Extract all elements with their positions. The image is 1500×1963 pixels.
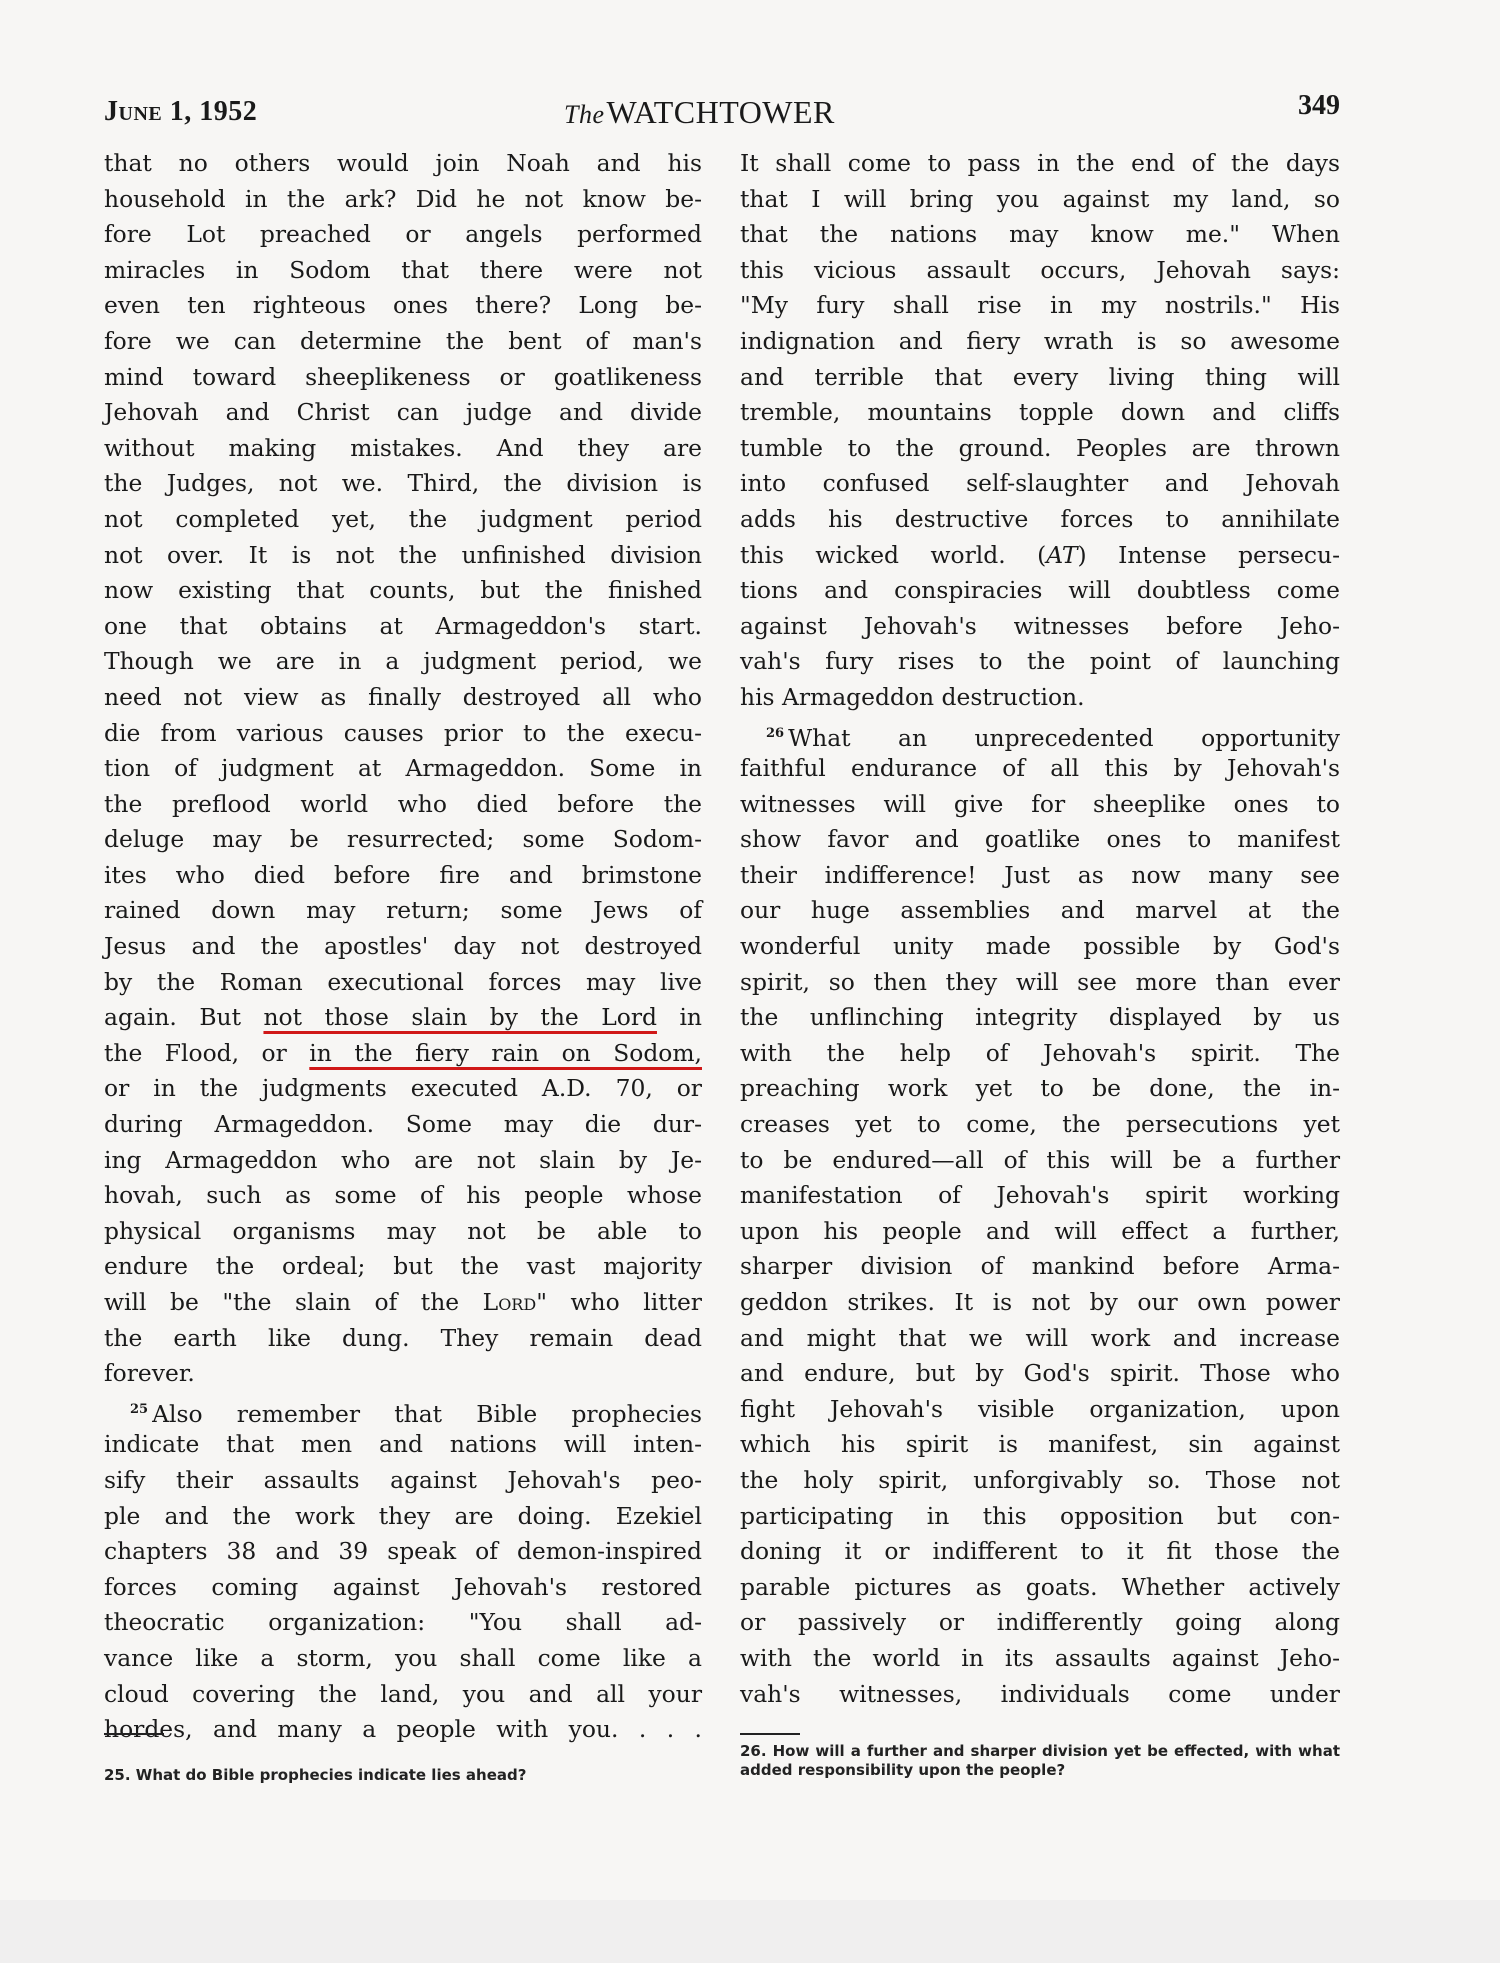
text-line: show favor and goatlike ones to manifest (740, 822, 1340, 858)
text-line: and might that we will work and increase (740, 1321, 1340, 1357)
text-line: his Armageddon destruction. (740, 680, 1340, 716)
text-line: which his spirit is manifest, sin agains… (740, 1427, 1340, 1463)
paragraph-25-start: 25Also remember that Bible prophecies (104, 1392, 702, 1428)
red-underline-highlight: in the fiery rain on Sodom, (309, 1039, 702, 1067)
text-line: tumble to the ground. Peoples are thrown (740, 431, 1340, 467)
text-line: the unflinching integrity displayed by u… (740, 1000, 1340, 1036)
text-line: Though we are in a judgment period, we (104, 644, 702, 680)
text-line: or passively or indifferently going alon… (740, 1605, 1340, 1641)
text-line: ing Armageddon who are not slain by Je- (104, 1143, 702, 1179)
text-line: forces coming against Jehovah's restored (104, 1570, 702, 1606)
text-line: theocratic organization: "You shall ad- (104, 1605, 702, 1641)
text-line: physical organisms may not be able to (104, 1214, 702, 1250)
text-line: manifestation of Jehovah's spirit workin… (740, 1178, 1340, 1214)
text-line: chapters 38 and 39 speak of demon-inspir… (104, 1534, 702, 1570)
footnote-26: 26. How will a further and sharper divis… (740, 1742, 1340, 1780)
text-line: parable pictures as goats. Whether activ… (740, 1570, 1340, 1606)
text-line: the Judges, not we. Third, the division … (104, 466, 702, 502)
text-line: vance like a storm, you shall come like … (104, 1641, 702, 1677)
text-line: against Jehovah's witnesses before Jeho- (740, 609, 1340, 645)
text-line: and terrible that every living thing wil… (740, 360, 1340, 396)
text-line: fore Lot preached or angels performed (104, 217, 702, 253)
paragraph-number: 26 (766, 726, 784, 741)
text-line: sify their assaults against Jehovah's pe… (104, 1463, 702, 1499)
text-line: one that obtains at Armageddon's start. (104, 609, 702, 645)
text-line: ple and the work they are doing. Ezekiel (104, 1499, 702, 1535)
page-number: 349 (1298, 90, 1340, 122)
text-line: die from various causes prior to the exe… (104, 716, 702, 752)
text-line: spirit, so then they will see more than … (740, 965, 1340, 1001)
red-underline-highlight: not those slain by the Lord (263, 1003, 657, 1031)
text-line: "My fury shall rise in my nostrils." His (740, 288, 1340, 324)
text-line: witnesses will give for sheeplike ones t… (740, 787, 1340, 823)
text-line: fight Jehovah's visible organization, up… (740, 1392, 1340, 1428)
text-line: with the help of Jehovah's spirit. The (740, 1036, 1340, 1072)
text-line: not completed yet, the judgment period (104, 502, 702, 538)
text-line: household in the ark? Did he not know be… (104, 182, 702, 218)
left-column: that no others would join Noah and hisho… (104, 146, 702, 1748)
text-line: tion of judgment at Armageddon. Some in (104, 751, 702, 787)
text-line: indignation and fiery wrath is so awesom… (740, 324, 1340, 360)
paragraph-26-start: 26What an unprecedented opportunity (740, 716, 1340, 752)
text-line: the holy spirit, unforgivably so. Those … (740, 1463, 1340, 1499)
text-line-underlined: the Flood, or in the fiery rain on Sodom… (104, 1036, 702, 1072)
text-line: now existing that counts, but the finish… (104, 573, 702, 609)
text-line: Jehovah and Christ can judge and divide (104, 395, 702, 431)
text-line: that no others would join Noah and his (104, 146, 702, 182)
text-line: tremble, mountains topple down and cliff… (740, 395, 1340, 431)
text-line: ites who died before fire and brimstone (104, 858, 702, 894)
text-line: without making mistakes. And they are (104, 431, 702, 467)
text-line: that the nations may know me." When (740, 217, 1340, 253)
scan-margin (0, 1900, 1500, 1963)
footnote-25: 25. What do Bible prophecies indicate li… (104, 1766, 704, 1785)
text-line: indicate that men and nations will inten… (104, 1427, 702, 1463)
text-line: wonderful unity made possible by God's (740, 929, 1340, 965)
text-line: even ten righteous ones there? Long be- (104, 288, 702, 324)
text-line: upon his people and will effect a furthe… (740, 1214, 1340, 1250)
text-line: will be "the slain of the Lord" who litt… (104, 1285, 702, 1321)
text-line: the earth like dung. They remain dead (104, 1321, 702, 1357)
text-line: preaching work yet to be done, the in- (740, 1071, 1340, 1107)
masthead-the: The (564, 100, 605, 129)
text-line: vah's fury rises to the point of launchi… (740, 644, 1340, 680)
text-line: mind toward sheeplikeness or goatlikenes… (104, 360, 702, 396)
text-line: adds his destructive forces to annihilat… (740, 502, 1340, 538)
text-line: tions and conspiracies will doubtless co… (740, 573, 1340, 609)
text-line: deluge may be resurrected; some Sodom- (104, 822, 702, 858)
right-column: It shall come to pass in the end of the … (740, 146, 1340, 1712)
text-line: doning it or indifferent to it fit those… (740, 1534, 1340, 1570)
page-header: June 1, 1952 TheWATCHTOWER 349 (104, 96, 1340, 136)
text-line: creases yet to come, the persecutions ye… (740, 1107, 1340, 1143)
text-line: miracles in Sodom that there were not (104, 253, 702, 289)
text-line-underlined: again. But not those slain by the Lord i… (104, 1000, 702, 1036)
text-line: need not view as finally destroyed all w… (104, 680, 702, 716)
text-line: sharper division of mankind before Arma- (740, 1249, 1340, 1285)
masthead-name: WATCHTOWER (607, 94, 835, 130)
footnote-rule (104, 1733, 164, 1735)
text-line: their indifference! Just as now many see (740, 858, 1340, 894)
text-line: forever. (104, 1356, 702, 1392)
text-line: the preflood world who died before the (104, 787, 702, 823)
text-line: this vicious assault occurs, Jehovah say… (740, 253, 1340, 289)
masthead-title: TheWATCHTOWER (564, 94, 835, 131)
issue-date: June 1, 1952 (104, 96, 257, 128)
text-line: faithful endurance of all this by Jehova… (740, 751, 1340, 787)
text-line: rained down may return; some Jews of (104, 893, 702, 929)
text-line: with the world in its assaults against J… (740, 1641, 1340, 1677)
text-line: geddon strikes. It is not by our own pow… (740, 1285, 1340, 1321)
text-line: not over. It is not the unfinished divis… (104, 538, 702, 574)
paragraph-number: 25 (130, 1402, 148, 1417)
text-line: cloud covering the land, you and all you… (104, 1677, 702, 1713)
text-line: our huge assemblies and marvel at the (740, 893, 1340, 929)
text-line: by the Roman executional forces may live (104, 965, 702, 1001)
text-line: It shall come to pass in the end of the … (740, 146, 1340, 182)
text-line: hordes, and many a people with you. . . … (104, 1712, 702, 1748)
text-line: to be endured—all of this will be a furt… (740, 1143, 1340, 1179)
text-line: or in the judgments executed A.D. 70, or (104, 1071, 702, 1107)
footnote-rule (740, 1733, 800, 1735)
text-line: hovah, such as some of his people whose (104, 1178, 702, 1214)
text-line: participating in this opposition but con… (740, 1499, 1340, 1535)
text-line: into confused self-slaughter and Jehovah (740, 466, 1340, 502)
text-line: during Armageddon. Some may die dur- (104, 1107, 702, 1143)
text-line: endure the ordeal; but the vast majority (104, 1249, 702, 1285)
text-line: fore we can determine the bent of man's (104, 324, 702, 360)
text-line: Jesus and the apostles' day not destroye… (104, 929, 702, 965)
text-line: that I will bring you against my land, s… (740, 182, 1340, 218)
magazine-page: June 1, 1952 TheWATCHTOWER 349 that no o… (0, 0, 1500, 1900)
text-line: vah's witnesses, individuals come under (740, 1677, 1340, 1713)
text-line: and endure, but by God's spirit. Those w… (740, 1356, 1340, 1392)
text-line: this wicked world. (AT) Intense persecu- (740, 538, 1340, 574)
